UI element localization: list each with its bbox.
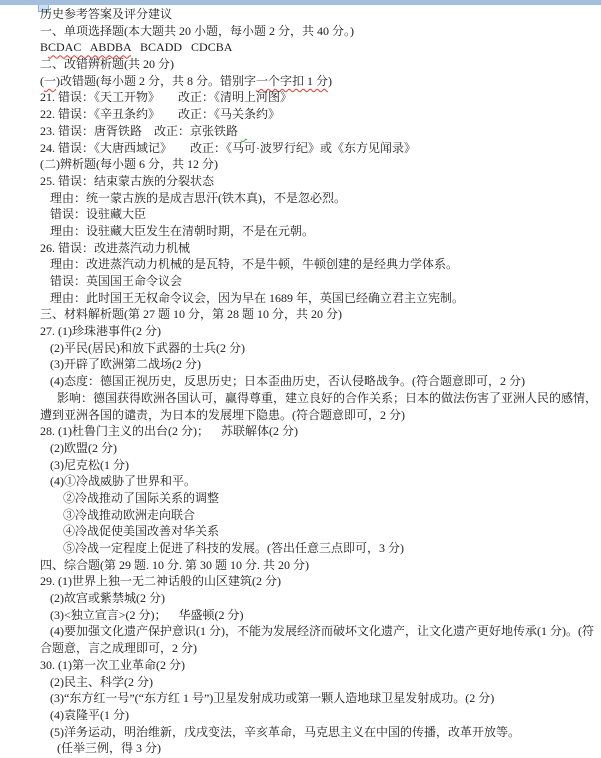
text-run: BCADD CDCBA xyxy=(131,40,232,54)
spellcheck-green-run xyxy=(241,124,247,138)
text-run: (3)开辟了欧洲第二战场(2 分) xyxy=(50,357,201,371)
text-run: 30. (1)第一次工业革命(2 分) xyxy=(40,658,185,672)
doc-line: ②冷战推动了国际关系的调整 xyxy=(0,490,601,507)
doc-line: ④冷战促使美国改善对华关系 xyxy=(0,523,601,540)
doc-line: 历史参考答案及评分建议 xyxy=(0,6,601,23)
doc-line: 合题意，言之成理即可，2 分) xyxy=(0,640,601,657)
text-run: 22. 错误：《辛丑条约》 改正：《马关条约》 xyxy=(40,107,280,121)
text-run: 21. 错误：《天工开物》 改正：《清明上河图》 xyxy=(40,90,292,104)
doc-line: 25. 错误：结束蒙古族的分裂状态 xyxy=(0,173,601,190)
text-run: (3)“东方红一号”(“东方红 1 号”)卫星发射成功或第一颗人造地球卫星发射成… xyxy=(50,691,494,705)
doc-line: 27. (1)珍珠港事件(2 分) xyxy=(0,323,601,340)
text-run: ⑤冷战一定程度上促进了科技的发展。(答出任意三点即可，3 分) xyxy=(63,541,404,555)
doc-line: (3)开辟了欧洲第二战场(2 分) xyxy=(0,356,601,373)
text-run: ) xyxy=(328,74,332,88)
doc-line: 26. 错误：改进蒸汽动力机械 xyxy=(0,240,601,257)
text-run: (3)尼克松(1 分) xyxy=(50,458,129,472)
answer-document: 历史参考答案及评分建议一、单项选择题(本大题共 20 小题，每小题 2 分，共 … xyxy=(0,6,601,757)
doc-line: 理由：统一蒙古族的是成吉思汗(铁木真)，不是忽必烈。 xyxy=(0,190,601,207)
doc-line: (2)欧盟(2 分) xyxy=(0,440,601,457)
doc-line: 29. (1)世界上独一无二神话般的山区建筑(2 分) xyxy=(0,573,601,590)
doc-line: (任举三例，得 3 分) xyxy=(0,740,601,757)
doc-line: 一、单项选择题(本大题共 20 小题，每小题 2 分，共 40 分。) xyxy=(0,23,601,40)
text-run: 29. (1)世界上独一无二神话般的山区建筑(2 分) xyxy=(40,574,281,588)
text-run: (2)平民(居民)和放下武器的士兵(2 分) xyxy=(50,341,245,355)
text-run: 错误：设驻藏大臣 xyxy=(50,207,146,221)
text-run: ②冷战推动了国际关系的调整 xyxy=(63,491,219,505)
doc-line: ⑤冷战一定程度上促进了科技的发展。(答出任意三点即可，3 分) xyxy=(0,540,601,557)
doc-line: (4)要加强文化遗产保护意识(1 分)，不能为发展经济而破坏文化遗产，让文化遗产… xyxy=(0,623,601,640)
text-run: (3)<独立宣言>(2 分)； 华盛顿(2 分) xyxy=(50,608,244,622)
doc-line: (2)故宫或紫禁城(2 分) xyxy=(0,590,601,607)
text-run: 影响：德国获得欧洲各国认可，赢得尊重，建立良好的合作关系；日本的做法伤害了亚洲人… xyxy=(57,391,597,405)
doc-line: 30. (1)第一次工业革命(2 分) xyxy=(0,657,601,674)
text-run: 理由：此时国王无权命令议会，因为早在 1689 年，英国已经确立君主立宪制。 xyxy=(50,291,464,305)
text-run: (4)要加强文化遗产保护意识(1 分)，不能为发展经济而破坏文化遗产，让文化遗产… xyxy=(50,624,594,638)
text-run: 理由：改进蒸汽动力机械的是瓦特，不是牛顿，牛顿创建的是经典力学体系。 xyxy=(50,257,458,271)
doc-line: (二)辨析题(每小题 6 分，共 12 分) xyxy=(0,156,601,173)
text-run: (2)欧盟(2 分) xyxy=(50,441,117,455)
spellcheck-red-run: 一个字扣 1 分 xyxy=(256,74,328,88)
doc-line: (3)尼克松(1 分) xyxy=(0,457,601,474)
text-run: ③冷战推动欧洲走向联合 xyxy=(63,508,195,522)
doc-line: 四、综合题(第 29 题. 10 分. 第 30 题 10 分. 共 20 分) xyxy=(0,557,601,574)
document-lines: 历史参考答案及评分建议一、单项选择题(本大题共 20 小题，每小题 2 分，共 … xyxy=(0,6,601,757)
doc-line: 22. 错误：《辛丑条约》 改正：《马关条约》 xyxy=(0,106,601,123)
doc-line: ③冷战推动欧洲走向联合 xyxy=(0,507,601,524)
doc-line: (4)①冷战威胁了世界和平。 xyxy=(0,473,601,490)
text-run: 四、综合题(第 29 题. 10 分. 第 30 题 10 分. 共 20 分) xyxy=(40,558,309,572)
doc-line: (3)<独立宣言>(2 分)； 华盛顿(2 分) xyxy=(0,607,601,624)
doc-line: (4)态度：德国正视历史，反思历史；日本歪曲历史，否认侵略战争。(符合题意即可，… xyxy=(0,373,601,390)
text-run: (4)袁隆平(1 分) xyxy=(50,708,129,722)
text-run: (任举三例，得 3 分) xyxy=(57,741,161,755)
text-run: 23. 错误：唐胥铁路 改正：京张铁路 xyxy=(40,124,241,138)
text-run: (4)①冷战威胁了世界和平。 xyxy=(50,474,196,488)
doc-line: 21. 错误：《天工开物》 改正：《清明上河图》 xyxy=(0,89,601,106)
text-run: (4)态度：德国正视历史，反思历史；日本歪曲历史，否认侵略战争。(符合题意即可，… xyxy=(50,374,525,388)
doc-line: 28. (1)杜鲁门主义的出台(2 分)； 苏联解体(2 分) xyxy=(0,423,601,440)
spellcheck-red-run: CDAC ABDBA xyxy=(48,40,131,54)
text-run: 25. 错误：结束蒙古族的分裂状态 xyxy=(40,174,214,188)
text-run: 26. 错误：改进蒸汽动力机械 xyxy=(40,241,190,255)
text-run: (5)洋务运动，明治维新，戊戌变法，辛亥革命，马克思主义在中国的传播，改革开放等… xyxy=(50,725,520,739)
doc-line: (3)“东方红一号”(“东方红 1 号”)卫星发射成功或第一颗人造地球卫星发射成… xyxy=(0,690,601,707)
doc-line: (2)平民(居民)和放下武器的士兵(2 分) xyxy=(0,340,601,357)
text-run: 27. (1)珍珠港事件(2 分) xyxy=(40,324,161,338)
text-run: (2)民主、科学(2 分) xyxy=(50,675,153,689)
text-run: 合题意，言之成理即可，2 分) xyxy=(40,641,197,655)
text-run: 28. (1)杜鲁门主义的出台(2 分)； 苏联解体(2 分) xyxy=(40,424,298,438)
doc-line: (2)民主、科学(2 分) xyxy=(0,674,601,691)
text-run: 二、改错辨析题(共 20 分) xyxy=(40,57,174,71)
text-run: 理由：设驻藏大臣发生在清朝时期，不是在元朝。 xyxy=(50,224,314,238)
doc-line: 错误：设驻藏大臣 xyxy=(0,206,601,223)
text-run: 遭到亚洲各国的谴责，为日本的发展埋下隐患。(符合题意即可，2 分) xyxy=(40,408,405,422)
doc-line: 24. 错误：《大唐西域记》 改正：《马可·波罗行纪》或《东方见闻录》 xyxy=(0,140,601,157)
doc-line: 遭到亚洲各国的谴责，为日本的发展埋下隐患。(符合题意即可，2 分) xyxy=(0,407,601,424)
text-run: ④冷战促使美国改善对华关系 xyxy=(63,524,219,538)
doc-line: (一)改错题(每小题 2 分，共 8 分。错别字一个字扣 1 分) xyxy=(0,73,601,90)
doc-line: (5)洋务运动，明治维新，戊戌变法，辛亥革命，马克思主义在中国的传播，改革开放等… xyxy=(0,724,601,741)
doc-line: 三、材料解析题(第 27 题 10 分，第 28 题 10 分，共 20 分) xyxy=(0,306,601,323)
doc-line: 错误：英国国王命令议会 xyxy=(0,273,601,290)
doc-line: 理由：此时国王无权命令议会，因为早在 1689 年，英国已经确立君主立宪制。 xyxy=(0,290,601,307)
doc-line: 23. 错误：唐胥铁路 改正：京张铁路 xyxy=(0,123,601,140)
text-run: 24. 错误：《大唐西域记》 改正：《马可·波罗行纪》或《东方见闻录》 xyxy=(40,141,416,155)
text-run: 一、单项选择题(本大题共 20 小题，每小题 2 分，共 40 分。) xyxy=(40,24,354,38)
doc-line: 二、改错辨析题(共 20 分) xyxy=(0,56,601,73)
doc-line: 影响：德国获得欧洲各国认可，赢得尊重，建立良好的合作关系；日本的做法伤害了亚洲人… xyxy=(0,390,601,407)
doc-line: (4)袁隆平(1 分) xyxy=(0,707,601,724)
text-run: 理由：统一蒙古族的是成吉思汗(铁木真)，不是忽必烈。 xyxy=(50,191,346,205)
text-run: 三、材料解析题(第 27 题 10 分，第 28 题 10 分，共 20 分) xyxy=(40,307,342,321)
text-run: 错误：英国国王命令议会 xyxy=(50,274,182,288)
doc-line: 理由：设驻藏大臣发生在清朝时期，不是在元朝。 xyxy=(0,223,601,240)
window-top-strip xyxy=(0,0,601,5)
text-run: )改错题(每小题 2 分，共 8 分。错别字 xyxy=(56,74,256,88)
text-run: (二)辨析题(每小题 6 分，共 12 分) xyxy=(40,157,218,171)
text-run: (2)故宫或紫禁城(2 分) xyxy=(50,591,165,605)
text-run: B xyxy=(40,40,48,54)
doc-line: BCDAC ABDBA BCADD CDCBA xyxy=(0,39,601,56)
doc-line: 理由：改进蒸汽动力机械的是瓦特，不是牛顿，牛顿创建的是经典力学体系。 xyxy=(0,256,601,273)
text-run: 历史参考答案及评分建议 xyxy=(40,7,172,21)
spellcheck-red-run: 一 xyxy=(44,74,56,88)
